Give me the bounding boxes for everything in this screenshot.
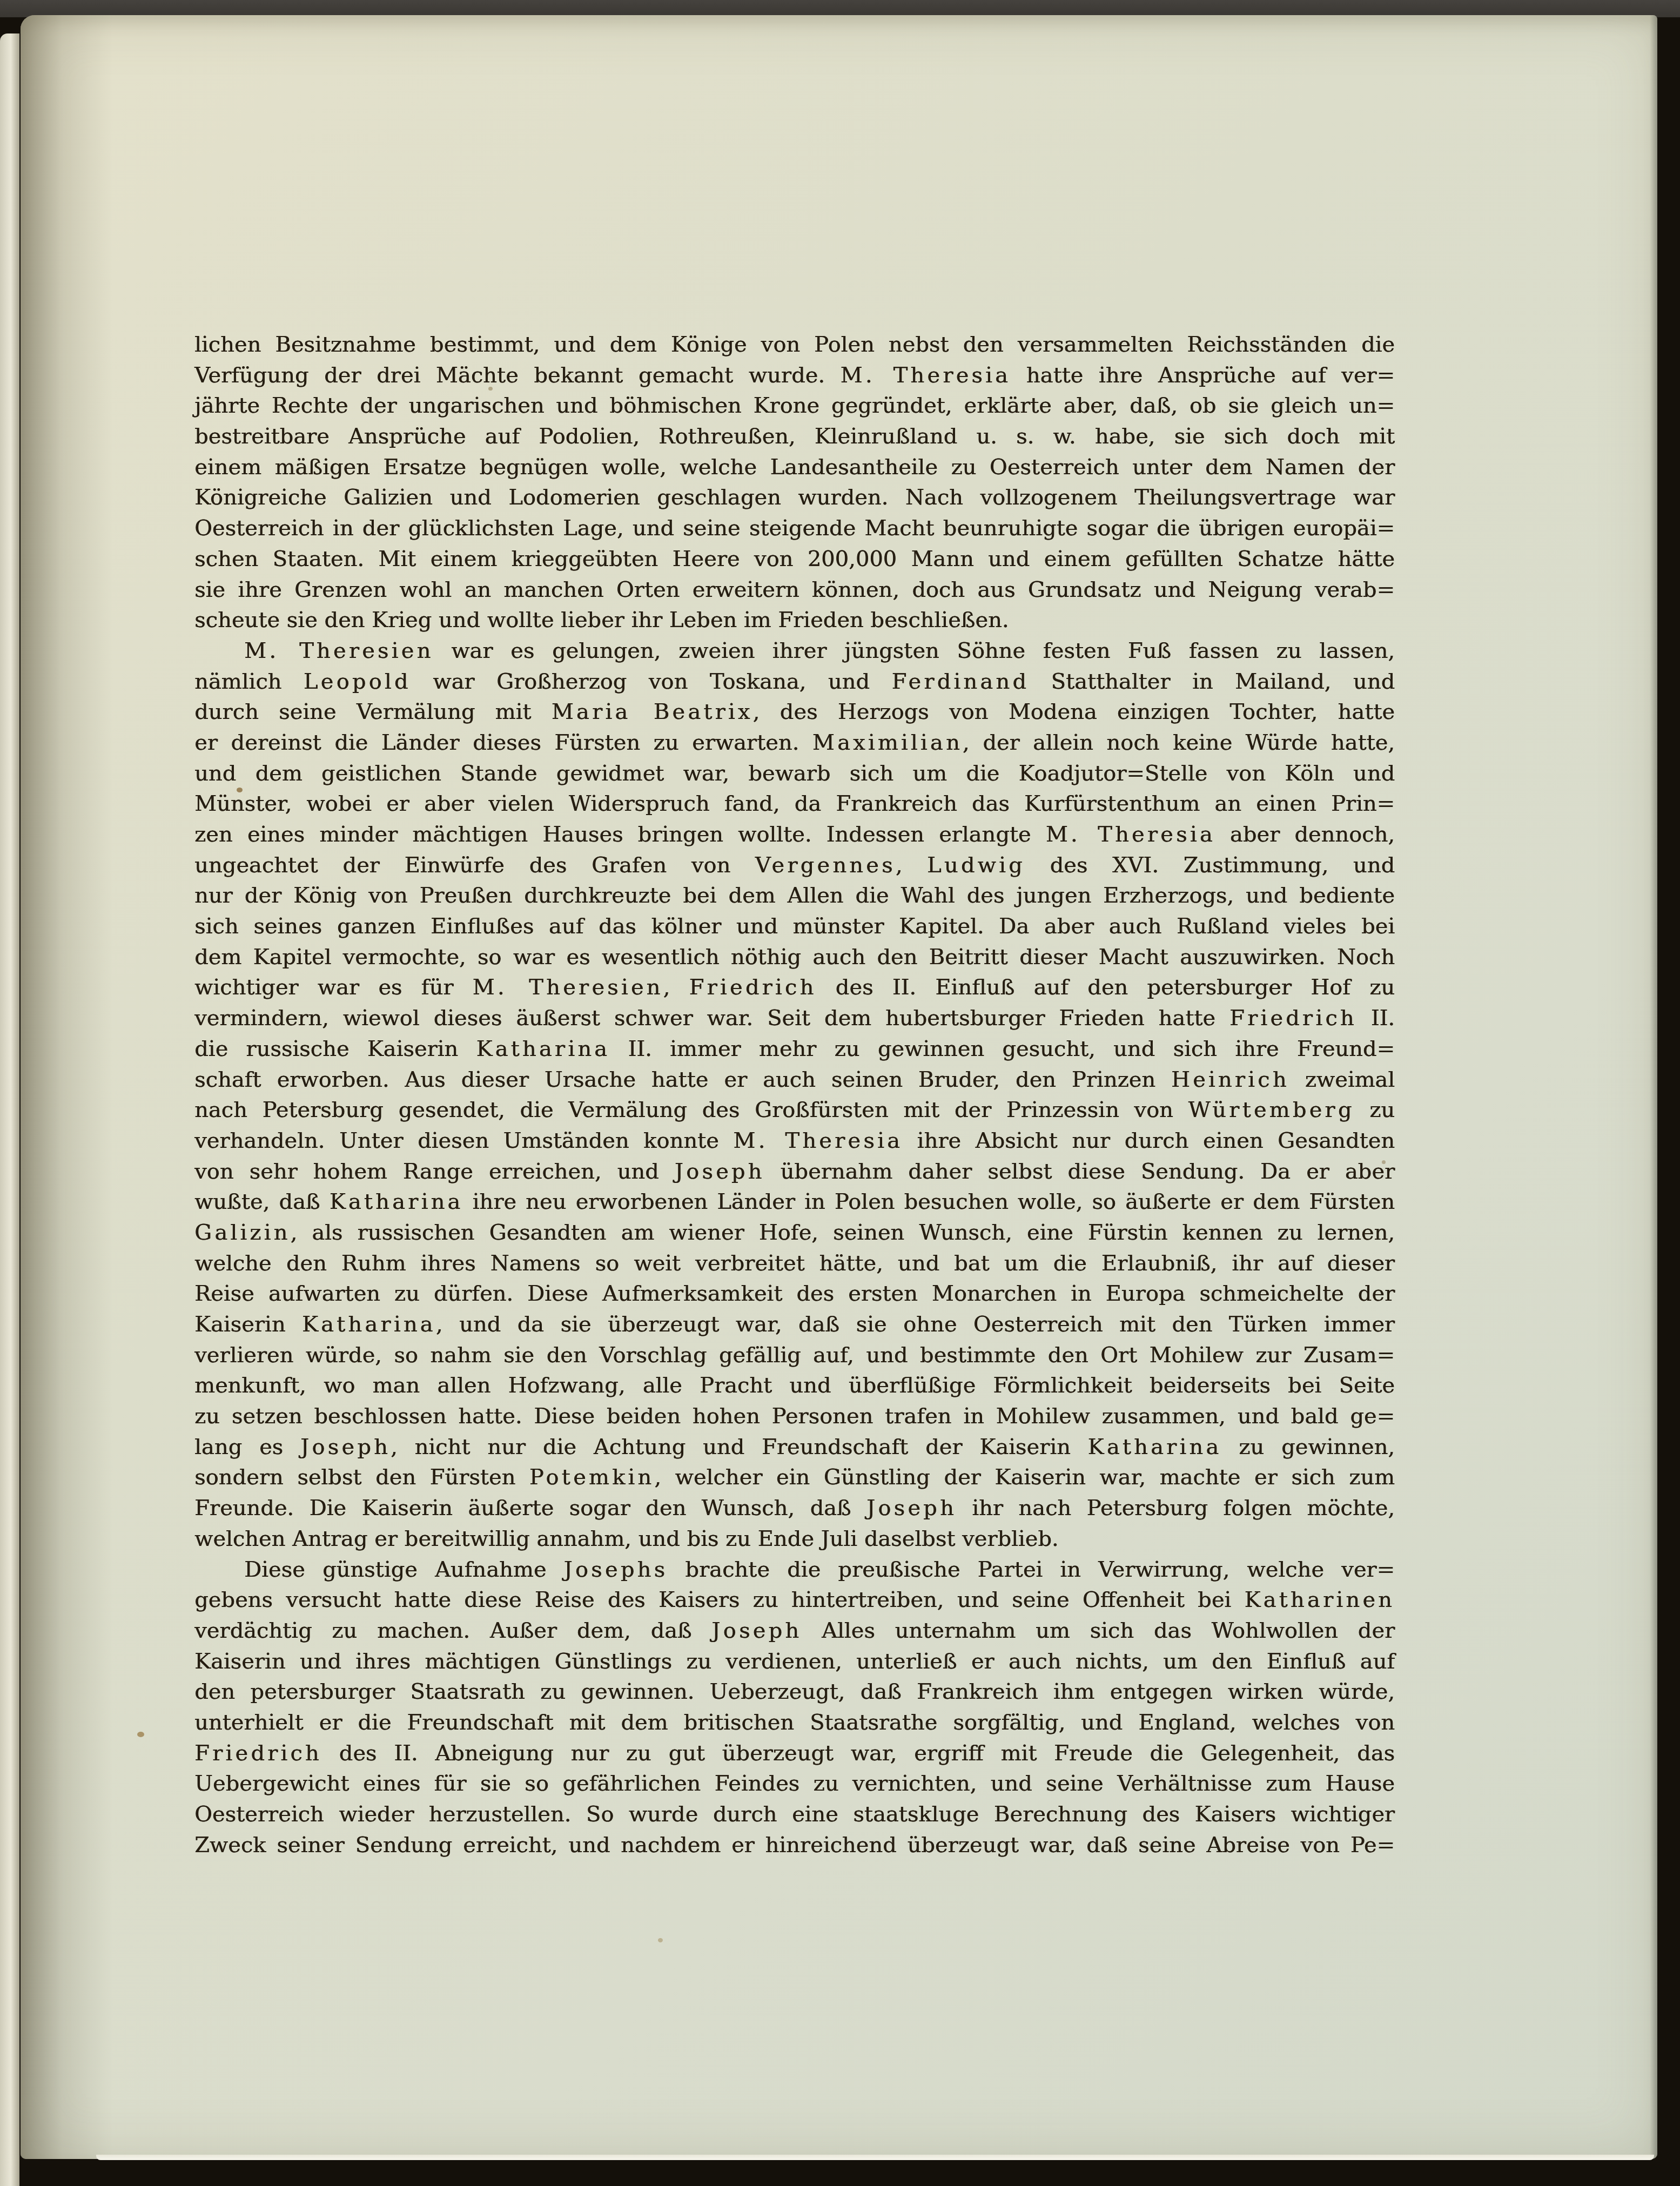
text-line: Königreiche Galizien und Lodomerien gesc… (194, 482, 1395, 513)
text-line: bestreitbare Ansprüche auf Podolien, Rot… (194, 421, 1395, 452)
letterspaced-name: Maria Beatrix (552, 699, 753, 724)
text-line: Galizin, als russischen Gesandten am wie… (194, 1218, 1395, 1248)
text-line: lang es Joseph, nicht nur die Achtung un… (194, 1432, 1395, 1463)
text-line: zen eines minder mächtigen Hauses bringe… (194, 819, 1395, 850)
text-line: dem Kapitel vermochte, so war es wesentl… (194, 942, 1395, 973)
letterspaced-name: Friedrich (689, 975, 817, 1000)
text-line: sie ihre Grenzen wohl an manchen Orten e… (194, 575, 1395, 606)
text-line: wußte, daß Katharina ihre neu erworbenen… (194, 1187, 1395, 1218)
text-line: nach Petersburg gesendet, die Vermälung … (194, 1095, 1395, 1126)
text-line: jährte Rechte der ungarischen und böhmis… (194, 391, 1395, 421)
letterspaced-name: Joseph (300, 1435, 391, 1459)
letterspaced-name: Theresien (529, 975, 663, 1000)
book-photo: lichen Besitznahme bestimmt, und dem Kön… (0, 0, 1680, 2186)
letterspaced-name: Theresia (785, 1128, 903, 1153)
letterspaced-name: Theresia (893, 363, 1011, 388)
text-line: Friedrich des II. Abneigung nur zu gut ü… (194, 1738, 1395, 1769)
book-page: lichen Besitznahme bestimmt, und dem Kön… (21, 15, 1657, 2159)
text-line: scheute sie den Krieg und wollte lieber … (194, 605, 1395, 636)
letterspaced-name: M. Theresia (1046, 822, 1215, 847)
text-line: nämlich Leopold war Großherzog von Toska… (194, 667, 1395, 697)
letterspaced-name: Leopold (304, 669, 411, 694)
text-line: Diese günstige Aufnahme Josephs brachte … (194, 1555, 1395, 1585)
letterspaced-name: M. Theresia (733, 1128, 903, 1153)
letterspaced-name: Heinrich (1171, 1067, 1289, 1092)
letterspaced-name: Josephs (564, 1557, 668, 1582)
letterspaced-name: Galizin (194, 1220, 290, 1245)
text-line: lichen Besitznahme bestimmt, und dem Kön… (194, 329, 1395, 360)
letterspaced-name: Katharina (476, 1037, 610, 1061)
text-line: einem mäßigen Ersatze begnügen wolle, we… (194, 452, 1395, 483)
paper-speck (658, 1938, 663, 1942)
text-line: nur der König von Preußen durchkreuzte b… (194, 880, 1395, 911)
text-line: Uebergewicht eines für sie so gefährlich… (194, 1768, 1395, 1799)
text-line: vermindern, wiewol dieses äußerst schwer… (194, 1003, 1395, 1034)
letterspaced-name: M. Theresien (244, 638, 433, 663)
text-line: Oesterreich wieder herzustellen. So wurd… (194, 1799, 1395, 1830)
letterspaced-name: Potemkin (529, 1465, 654, 1490)
text-line: gebens versucht hatte diese Reise des Ka… (194, 1585, 1395, 1616)
text-line: Kaiserin und ihres mächtigen Günstlings … (194, 1646, 1395, 1677)
letterspaced-name: Joseph (866, 1496, 957, 1521)
letterspaced-name: Katharina (1088, 1435, 1222, 1459)
text-line: verdächtig zu machen. Außer dem, daß Jos… (194, 1616, 1395, 1646)
text-line: und dem geistlichen Stande gewidmet war,… (194, 758, 1395, 789)
text-line: ungeachtet der Einwürfe des Grafen von V… (194, 850, 1395, 881)
text-line: Münster, wobei er aber vielen Widerspruc… (194, 789, 1395, 819)
letterspaced-name: Ferdinand (892, 669, 1030, 694)
letterspaced-name: Ludwig (927, 853, 1025, 878)
text-line: Reise aufwarten zu dürfen. Diese Aufmerk… (194, 1279, 1395, 1309)
text-line: welche den Ruhm ihres Namens so weit ver… (194, 1248, 1395, 1279)
text-line: den petersburger Staatsrath zu gewinnen.… (194, 1677, 1395, 1707)
page-bottom-edge (96, 2155, 1654, 2160)
text-line: er dereinst die Länder dieses Fürsten zu… (194, 728, 1395, 758)
letterspaced-name: Friedrich (1229, 1006, 1357, 1031)
letterspaced-name: Würtemberg (1188, 1098, 1354, 1122)
text-line: zu setzen beschlossen hatte. Diese beide… (194, 1401, 1395, 1432)
text-line: Zweck seiner Sendung erreicht, und nachd… (194, 1830, 1395, 1861)
letterspaced-name: Joseph (564, 1557, 654, 1582)
text-line: unterhielt er die Freundschaft mit dem b… (194, 1707, 1395, 1738)
text-line: sondern selbst den Fürsten Potemkin, wel… (194, 1462, 1395, 1493)
text-line: von sehr hohem Range erreichen, und Jose… (194, 1156, 1395, 1187)
text-line: Kaiserin Katharina, und da sie überzeugt… (194, 1309, 1395, 1340)
text-line: Verfügung der drei Mächte bekannt gemach… (194, 360, 1395, 391)
letterspaced-name: Katharina (302, 1312, 436, 1337)
text-line: welchen Antrag er bereitwillig annahm, u… (194, 1524, 1395, 1555)
text-line: verhandeln. Unter diesen Umständen konnt… (194, 1126, 1395, 1156)
letterspaced-name: Vergennes (755, 853, 896, 878)
letterspaced-name: Katharinen (1244, 1588, 1395, 1612)
text-line: die russische Kaiserin Katharina II. imm… (194, 1034, 1395, 1065)
letterspaced-name: M. Theresien (473, 975, 663, 1000)
text-line: menkunft, wo man allen Hofzwang, alle Pr… (194, 1370, 1395, 1401)
text-line: M. Theresien war es gelungen, zweien ihr… (194, 636, 1395, 667)
gutter-shadow (21, 15, 112, 2159)
letterspaced-name: Joseph (675, 1159, 765, 1184)
text-line: wichtiger war es für M. Theresien, Fried… (194, 972, 1395, 1003)
text-line: verlieren würde, so nahm sie den Vorschl… (194, 1340, 1395, 1371)
letterspaced-name: Friedrich (194, 1741, 322, 1766)
letterspaced-name: Theresia (1098, 822, 1215, 847)
letterspaced-name: M. Theresia (841, 363, 1011, 388)
letterspaced-name: Theresien (299, 638, 433, 663)
letterspaced-name: Katharina (330, 1189, 463, 1214)
previous-page-edge (0, 33, 19, 2186)
text-line: Oesterreich in der glücklichsten Lage, u… (194, 513, 1395, 544)
letterspaced-name: Maximilian (812, 730, 963, 755)
text-line: sich seines ganzen Einflußes auf das köl… (194, 911, 1395, 942)
text-line: schen Staaten. Mit einem krieggeübten He… (194, 544, 1395, 575)
text-line: schaft erworben. Aus dieser Ursache hatt… (194, 1065, 1395, 1095)
paper-speck (137, 1732, 144, 1737)
text-line: durch seine Vermälung mit Maria Beatrix,… (194, 697, 1395, 728)
page-right-edge (1650, 15, 1657, 2159)
page-text: lichen Besitznahme bestimmt, und dem Kön… (194, 329, 1395, 1860)
letterspaced-name: Joseph (711, 1618, 802, 1643)
text-line: Freunde. Die Kaiserin äußerte sogar den … (194, 1493, 1395, 1524)
